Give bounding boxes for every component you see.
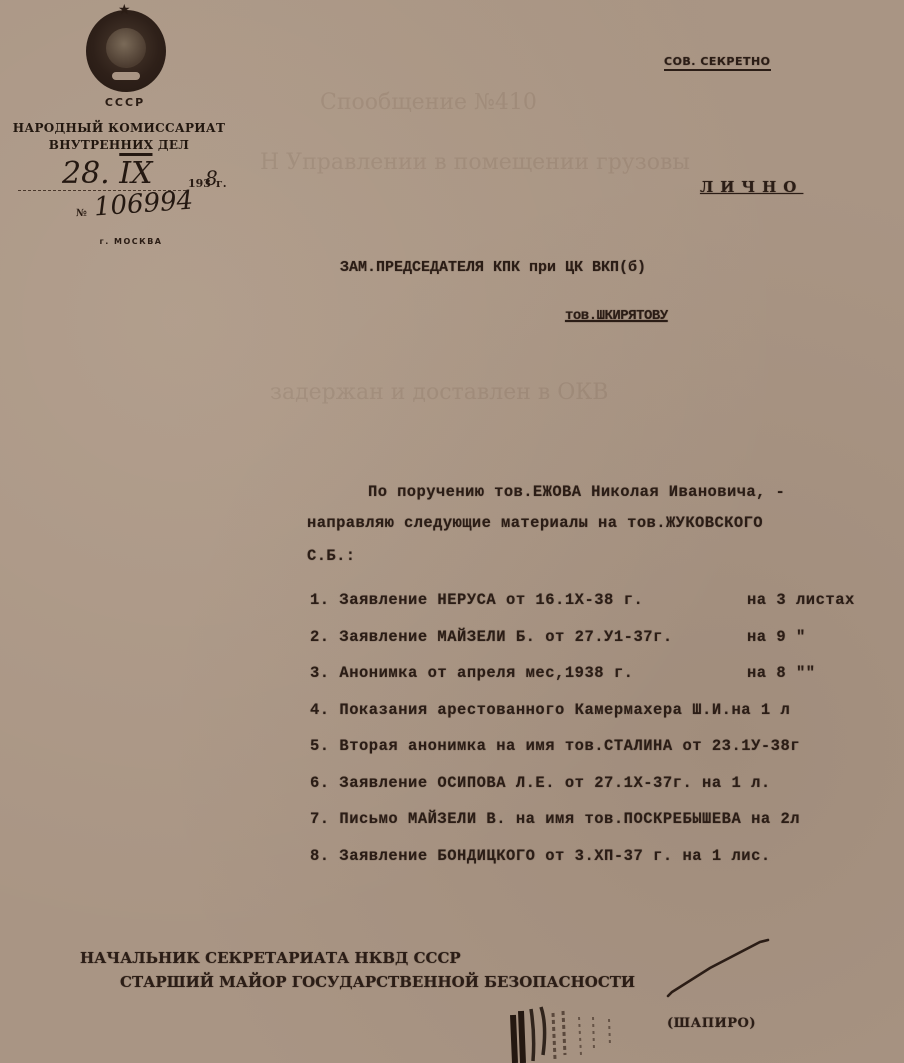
classification-stamp: СОВ. СЕКРЕТНО [664, 55, 771, 71]
enclosure-item-number: 2. [310, 628, 339, 646]
bleed-through-text: задержан и доставлен в ОКВ [270, 380, 608, 405]
enclosure-item: 5. Вторая анонимка на имя тов.СТАЛИНА от… [310, 737, 800, 755]
handwritten-number: 106994 [93, 186, 194, 223]
letterhead: ★ СССР НАРОДНЫЙ КОМИССАРИАТ ВНУТРЕННИХ Д… [0, 0, 250, 260]
enclosure-item: 6. Заявление ОСИПОВА Л.Е. от 27.1Х-37г. … [310, 774, 771, 792]
date-month: IX [119, 156, 152, 191]
date-day: 28. [62, 156, 110, 191]
enclosure-item: 4. Показания арестованного Камермахера Ш… [310, 701, 790, 719]
signatory-name: (ШАПИРО) [667, 1016, 756, 1031]
letterhead-agency-line2: ВНУТРЕННИХ ДЕЛ [0, 138, 244, 152]
enclosure-item-number: 6. [310, 774, 339, 792]
enclosure-item-text: Заявление БОНДИЦКОГО от 3.ХП-37 г. на 1 … [339, 847, 770, 865]
enclosure-item: 1. Заявление НЕРУСА от 16.1Х-38 г.на 3 л… [310, 591, 643, 609]
enclosure-item: 2. Заявление МАЙЗЕЛИ Б. от 27.У1-37г.на … [310, 628, 673, 646]
body-intro-line2: направляю следующие материалы на тов.ЖУК… [307, 514, 763, 532]
document-page: Спообщение №410 Н Управлении в помещении… [0, 0, 904, 1063]
handwritten-date: 28. IX [62, 156, 152, 191]
enclosure-item-text: Вторая анонимка на имя тов.СТАЛИНА от 23… [339, 737, 800, 755]
enclosure-item-number: 7. [310, 810, 339, 828]
pen-stroke-mark [650, 930, 780, 1000]
bleed-through-text: Спообщение №410 [320, 90, 537, 115]
signatory-position-line1: НАЧАЛЬНИК СЕКРЕТАРИАТА НКВД СССР [80, 949, 461, 967]
addressee-title: ЗАМ.ПРЕДСЕДАТЕЛЯ КПК при ЦК ВКП(б) [340, 259, 646, 276]
enclosure-item: 7. Письмо МАЙЗЕЛИ В. на имя тов.ПОСКРЕБЫ… [310, 810, 800, 828]
enclosure-item-number: 5. [310, 737, 339, 755]
bleed-through-text: Н Управлении в помещении грузовы [260, 150, 690, 175]
letterhead-agency-line1: НАРОДНЫЙ КОМИССАРИАТ [0, 121, 244, 135]
letterhead-country: СССР [0, 96, 250, 109]
signatory-position-line2: СТАРШИЙ МАЙОР ГОСУДАРСТВЕННОЙ БЕЗОПАСНОС… [120, 973, 635, 991]
ussr-emblem-icon: ★ [86, 10, 166, 92]
enclosure-item: 3. Анонимка от апреля мес,1938 г.на 8 "" [310, 664, 633, 682]
number-label: № [76, 208, 87, 219]
enclosure-item-text: Заявление НЕРУСА от 16.1Х-38 г. [339, 591, 643, 609]
letterhead-city: г. МОСКВА [0, 237, 250, 246]
personal-mark: ЛИЧНО [700, 178, 803, 196]
star-icon: ★ [118, 2, 131, 18]
enclosure-item-text: Письмо МАЙЗЕЛИ В. на имя тов.ПОСКРЕБЫШЕВ… [339, 810, 800, 828]
enclosure-item-pages: на 3 листах [747, 591, 855, 609]
ribbon-icon [112, 72, 140, 80]
globe-icon [106, 28, 146, 68]
signature-icon [505, 995, 655, 1063]
enclosure-item-number: 4. [310, 701, 339, 719]
enclosure-item-number: 3. [310, 664, 339, 682]
body-intro-line3: С.Б.: [307, 547, 356, 565]
enclosure-item-text: Анонимка от апреля мес,1938 г. [339, 664, 633, 682]
enclosure-item-pages: на 8 "" [747, 664, 816, 682]
year-suffix: г. [216, 177, 227, 190]
enclosure-item-number: 8. [310, 847, 339, 865]
addressee-name: тов.ШКИРЯТОВУ [565, 308, 668, 324]
body-intro-line1: По поручению тов.ЕЖОВА Николая Ивановича… [368, 483, 785, 501]
enclosure-item-text: Заявление МАЙЗЕЛИ Б. от 27.У1-37г. [339, 628, 672, 646]
enclosure-item-pages: на 9 " [747, 628, 806, 646]
enclosure-item: 8. Заявление БОНДИЦКОГО от 3.ХП-37 г. на… [310, 847, 771, 865]
enclosure-item-text: Показания арестованного Камермахера Ш.И.… [339, 701, 790, 719]
enclosure-item-number: 1. [310, 591, 339, 609]
enclosure-item-text: Заявление ОСИПОВА Л.Е. от 27.1Х-37г. на … [339, 774, 770, 792]
